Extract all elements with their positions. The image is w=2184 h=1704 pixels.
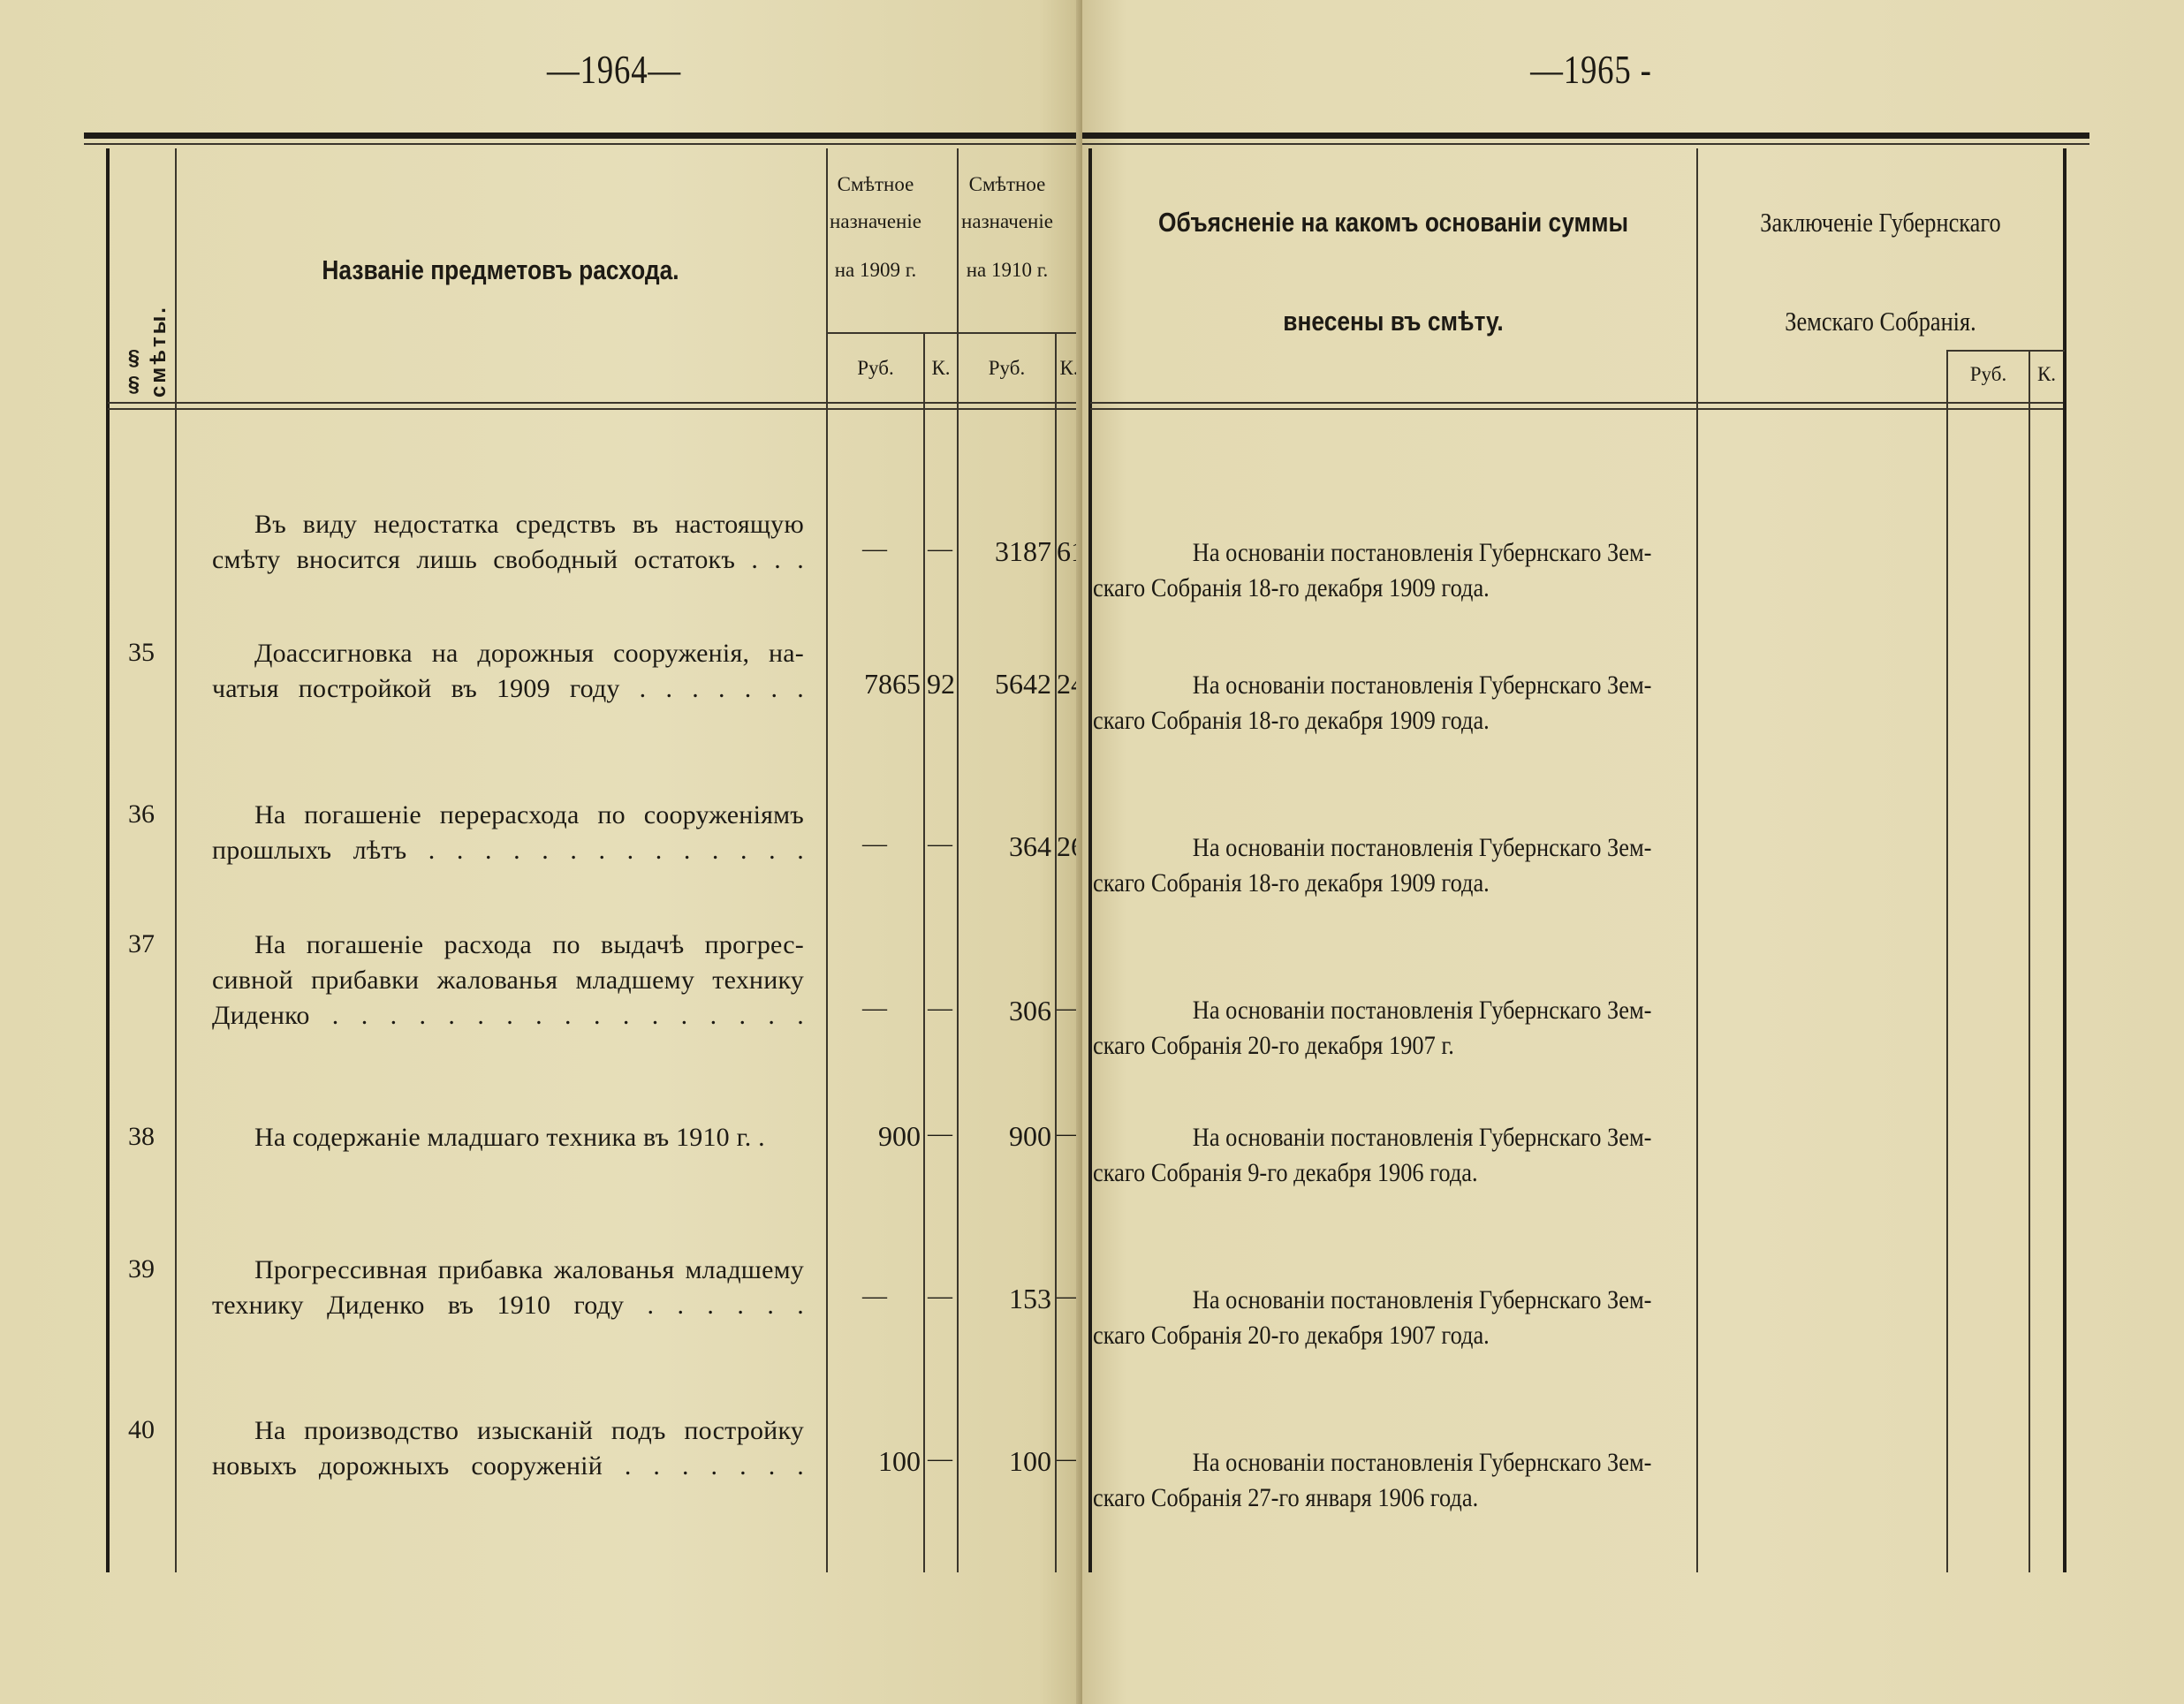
cell-rub-1909: — xyxy=(848,1283,901,1311)
header-number-col: §§ смѣты. xyxy=(122,265,171,398)
cell-rub-1910: 153 xyxy=(959,1283,1051,1315)
row-number: 36 xyxy=(128,799,181,829)
cell-rub-1910: 900 xyxy=(959,1120,1051,1153)
header-bottom-rule xyxy=(108,402,1082,404)
explanation-row: На основаніи постановленія Губернскаго З… xyxy=(1093,1283,1623,1353)
explanation-row: На основаніи постановленія Губернскаго З… xyxy=(1093,1445,1623,1516)
cell-rub-1910: 364 xyxy=(959,830,1051,863)
cell-kop-1909: — xyxy=(923,1283,957,1311)
cell-kop-1909: — xyxy=(923,995,957,1023)
col-divider-rub xyxy=(1946,352,1948,1572)
cell-rub-1909: 100 xyxy=(828,1445,921,1478)
header-estimate-1909: Смѣтное назначеніе на 1909 г. xyxy=(828,172,923,283)
table-row-item: Въ виду недостатка средствъ въ настоящую… xyxy=(212,507,804,578)
header-bottom-rule xyxy=(1090,402,2063,404)
table-row-item: На погашеніе расхода по выдачѣ прогрес- … xyxy=(212,928,804,1034)
cell-kop-1909: — xyxy=(923,535,957,564)
header-explanation-line1: Объясненіе на какомъ основаніи суммы xyxy=(1135,206,1650,239)
top-rule-thin xyxy=(84,143,1082,145)
cell-rub-1910: 5642 xyxy=(959,668,1051,701)
cell-rub-1910: 306 xyxy=(959,995,1051,1027)
header-bottom-rule-2 xyxy=(108,408,1082,410)
header-conclusion-line1: Заключеніе Губернскаго xyxy=(1725,206,2036,239)
subheader-rule xyxy=(826,332,1082,334)
table-row-item: На содержаніе младшаго техника въ 1910 г… xyxy=(212,1120,804,1155)
page-number-left: —1964— xyxy=(547,46,681,93)
row-number: 38 xyxy=(128,1122,181,1152)
header-kop: К. xyxy=(2030,362,2063,387)
header-rub: Руб. xyxy=(1948,362,2029,387)
cell-rub-1909: — xyxy=(848,535,901,564)
cell-rub-1909: — xyxy=(848,995,901,1023)
page-number-right: —1965 - xyxy=(1530,46,1651,93)
cell-kop-1909: — xyxy=(923,1445,957,1473)
explanation-row: На основаніи постановленія Губернскаго З… xyxy=(1093,1120,1623,1191)
col-divider-explanation xyxy=(1696,148,1698,1572)
table-row-item: На погашеніе перерасхода по сооруженіямъ… xyxy=(212,798,804,868)
header-rub-1910: Руб. xyxy=(959,356,1055,381)
top-rule xyxy=(84,133,1082,139)
cell-rub-1910: 3187 xyxy=(959,535,1051,568)
header-conclusion-line2: Земскаго Собранія. xyxy=(1725,305,2036,337)
table-left-border xyxy=(1088,148,1092,1572)
cell-rub-1909: 7865 xyxy=(828,668,921,701)
explanation-row: На основаніи постановленія Губернскаго З… xyxy=(1093,535,1623,606)
cell-rub-1909: — xyxy=(848,830,901,859)
top-rule-thin xyxy=(1082,143,2089,145)
header-rub-1909: Руб. xyxy=(828,356,923,381)
cell-kop-1909: — xyxy=(923,830,957,859)
top-rule xyxy=(1082,133,2089,139)
cell-kop-1909: — xyxy=(923,1120,957,1148)
header-estimate-1910: Смѣтное назначеніе на 1910 г. xyxy=(959,172,1056,283)
row-number: 39 xyxy=(128,1254,181,1284)
col-divider-k1910 xyxy=(1055,334,1057,1572)
table-row-item: Прогрессивная прибавка жалованья младшем… xyxy=(212,1253,804,1323)
cell-rub-1909: 900 xyxy=(828,1120,921,1153)
table-row-item: Доассигновка на дорожныя сооруженія, на-… xyxy=(212,636,804,707)
col-divider-k1909 xyxy=(923,334,925,1572)
cell-kop-1909: 92 xyxy=(925,668,955,701)
row-number: 37 xyxy=(128,929,181,959)
table-row-item: На производство изысканій подъ постройку… xyxy=(212,1413,804,1484)
header-explanation-line2: внесены въ смѣту. xyxy=(1135,305,1650,337)
header-kop-1909: К. xyxy=(925,356,957,381)
explanation-row: На основаніи постановленія Губернскаго З… xyxy=(1093,993,1623,1064)
explanation-row: На основаніи постановленія Губернскаго З… xyxy=(1093,668,1623,738)
cell-rub-1910: 100 xyxy=(959,1445,1051,1478)
header-bottom-rule-2 xyxy=(1090,408,2063,410)
row-number: 35 xyxy=(128,638,181,668)
right-page: —1965 - Объясненіе на какомъ основаніи с… xyxy=(1082,0,2184,1704)
explanation-row: На основаніи постановленія Губернскаго З… xyxy=(1093,830,1623,901)
col-divider-kop xyxy=(2029,352,2030,1572)
subheader-rule xyxy=(1946,350,2065,352)
header-name-col: Названіе предметовъ расхода. xyxy=(224,254,777,286)
row-number: 40 xyxy=(128,1415,181,1445)
table-right-border xyxy=(2063,148,2066,1572)
table-left-border xyxy=(106,148,110,1572)
col-divider-number xyxy=(175,148,177,1572)
left-page: —1964— §§ смѣты. Названіе предметовъ рас… xyxy=(0,0,1082,1704)
